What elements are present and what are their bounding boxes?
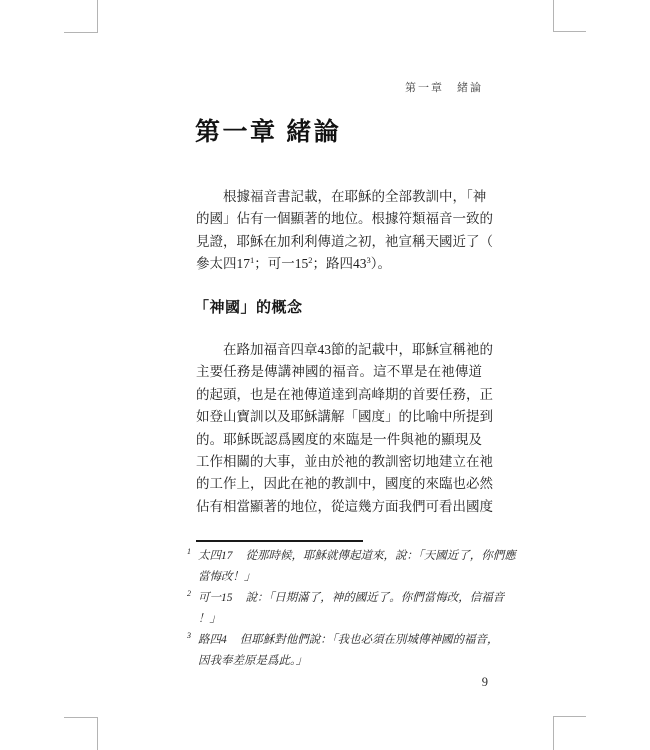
footnote-ref: 路四4 xyxy=(198,634,227,646)
crop-mark-top-right-icon xyxy=(553,0,586,32)
body-text-line: 根據福音書記載，在耶穌的全部教訓中，「神 xyxy=(196,186,482,208)
crop-mark-bottom-right-icon xyxy=(553,716,586,750)
body-text-line: 的工作上，因此在祂的教訓中，國度的來臨也必然 xyxy=(196,473,482,495)
footnote-text: 從那時候，耶穌就傳起道來，說：「天國近了，你們應 xyxy=(246,550,516,562)
body-text-line: 的。耶穌既認爲國度的來臨是一件與祂的顯現及 xyxy=(196,429,482,451)
body-text-line: 佔有相當顯著的地位，從這幾方面我們可看出國度 xyxy=(196,496,482,518)
footnote-text: 說：「日期滿了，神的國近了。你們當悔改，信福音 xyxy=(246,592,505,604)
footnote-2: 2可一15說：「日期滿了，神的國近了。你們當悔改，信福音 ！」 xyxy=(187,588,487,630)
body-text-line: 的起頭，也是在祂傳道達到高峰期的首要任務，正 xyxy=(196,384,482,406)
closing-punctuation: ）。 xyxy=(371,256,391,271)
footnote-line: 1太四17從那時候，耶穌就傳起道來，說：「天國近了，你們應 xyxy=(187,546,487,567)
crop-mark-top-left-icon xyxy=(64,0,98,33)
running-head: 第一章 緒論 xyxy=(196,79,483,95)
footnote-line: 2可一15說：「日期滿了，神的國近了。你們當悔改，信福音 xyxy=(187,588,487,609)
body-text-line: 如登山寶訓以及耶穌講解「國度」的比喻中所提到 xyxy=(196,406,482,428)
body-text-line: 見證，耶穌在加利利傳道之初，祂宣稱天國近了（ xyxy=(196,231,482,253)
footnote-ref: 可一15 xyxy=(198,592,233,604)
scripture-ref-luke: ；路四43 xyxy=(313,256,367,271)
scripture-ref-mark: ；可一15 xyxy=(254,256,308,271)
body-text-line: 在路加福音四章43節的記載中，耶穌宣稱祂的 xyxy=(196,339,482,361)
page-number: 9 xyxy=(388,675,488,690)
book-page: 第一章 緒論 第一章 緒論 根據福音書記載，在耶穌的全部教訓中，「神 的國」佔有… xyxy=(0,0,650,750)
footnote-line: 3路四4但耶穌對他們說：「我也必須在別城傳神國的福音， xyxy=(187,630,487,651)
body-text-line-references: 參太四171；可一152；路四433）。 xyxy=(196,253,482,275)
section-heading: 「神國」的概念 xyxy=(194,297,303,319)
body-text-line: 的國」佔有一個顯著的地位。根據符類福音一致的 xyxy=(196,208,482,230)
footnote-line: 因我奉差原是爲此。」 xyxy=(187,651,487,672)
footnote-3: 3路四4但耶穌對他們說：「我也必須在別城傳神國的福音， 因我奉差原是爲此。」 xyxy=(187,630,487,672)
footnotes: 1太四17從那時候，耶穌就傳起道來，說：「天國近了，你們應 當悔改！」 2可一1… xyxy=(187,546,487,672)
footnote-1: 1太四17從那時候，耶穌就傳起道來，說：「天國近了，你們應 當悔改！」 xyxy=(187,546,487,588)
body-text-line: 主要任務是傳講神國的福音。這不單是在祂傳道 xyxy=(196,361,482,383)
footnote-ref: 太四17 xyxy=(198,550,233,562)
footnote-text: 但耶穌對他們說：「我也必須在別城傳神國的福音， xyxy=(240,634,499,646)
paragraph-kingdom-concept: 在路加福音四章43節的記載中，耶穌宣稱祂的 主要任務是傳講神國的福音。這不單是在… xyxy=(196,339,482,518)
footnote-line: ！」 xyxy=(187,609,487,630)
paragraph-intro: 根據福音書記載，在耶穌的全部教訓中，「神 的國」佔有一個顯著的地位。根據符類福音… xyxy=(196,186,482,276)
crop-mark-bottom-left-icon xyxy=(64,717,98,750)
scripture-ref-matthew: 參太四17 xyxy=(196,256,250,271)
footnote-line: 當悔改！」 xyxy=(187,567,487,588)
chapter-title: 第一章 緒論 xyxy=(195,116,341,150)
body-text-line: 工作相關的大事，並由於祂的教訓密切地建立在祂 xyxy=(196,451,482,473)
footnote-separator-rule xyxy=(196,540,363,542)
